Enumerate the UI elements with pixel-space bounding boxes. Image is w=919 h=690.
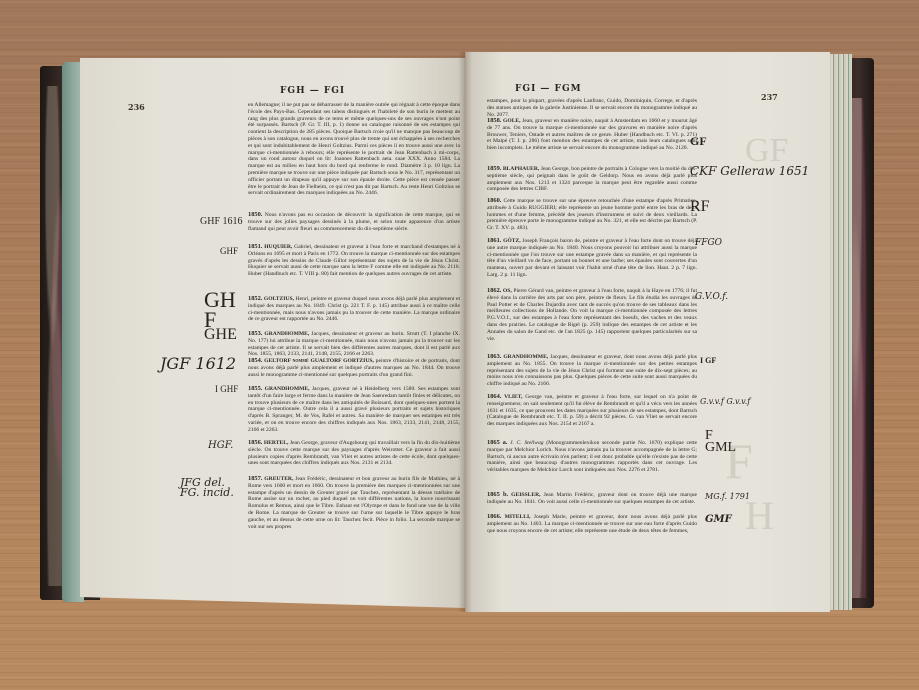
- entry-1855: 1855. GRANDHOMME, Jacques, graveur né à …: [248, 386, 460, 437]
- entry-1863: 1863. GRANDHOMME, Jacques, dessinateur e…: [487, 354, 697, 391]
- entry-1850: 1850. Nous n'avons pas eu occasion de dé…: [248, 212, 460, 235]
- book-gutter: [458, 52, 472, 612]
- entry-1856: 1856. HERTEL, Jean George, graveur d'Aug…: [248, 440, 460, 470]
- left-page: 236 FGH — FGI en Allemagne; il ne put pa…: [80, 58, 465, 608]
- entry-1865b: 1865 b. GEISSLER, Jean Martin Frédéric, …: [487, 492, 697, 509]
- monogram-1855: I GHF: [215, 384, 238, 394]
- entry-1851: 1851. HUQUIER, Gabriel, dessinateur et g…: [248, 244, 460, 281]
- running-head: FGH — FGI: [280, 86, 345, 96]
- entry-1853: 1853. GRANDHOMME, Jacques, dessinateur e…: [248, 331, 460, 361]
- intro-paragraph: en Allemagne; il ne put pas se débarrass…: [248, 102, 460, 197]
- monogram-1854: JGF 1612: [160, 354, 236, 373]
- monogram-1858: GF: [690, 134, 707, 149]
- monogram-1859: CKF Gelleraw 1651: [690, 164, 809, 178]
- entry-1859: 1859. BLAPHAUER, Jean George, bon peintr…: [487, 166, 697, 196]
- text-column: en Allemagne; il ne put pas se débarrass…: [248, 102, 460, 200]
- monogram-1865a: F GML: [705, 430, 735, 454]
- entry-1857: 1857. GREUTER, Jean Frédéric, dessinateu…: [248, 476, 460, 533]
- entry-1852: 1852. GOLTZIUS, Henri, peintre et graveu…: [248, 296, 460, 326]
- entry-1865a: 1865 a. J. C. Stellwag (Monogrammenlexik…: [487, 440, 697, 477]
- monogram-1862: G.V.O.f.: [695, 292, 728, 302]
- monogram-1865b: MG.f. 1791: [705, 492, 750, 501]
- monogram-1852: GH F: [204, 290, 244, 330]
- entry-1866: 1866. MITELLI, Joseph Marie, peintre et …: [487, 514, 697, 537]
- entry-1864: 1864. VLIET, George van, peintre et grav…: [487, 394, 697, 431]
- monogram-1850: GHF 1616: [200, 216, 243, 227]
- monogram-1860: RF: [690, 198, 710, 216]
- monogram-1857: JFG del. FG. incid.: [180, 478, 242, 498]
- monogram-1866: GMF: [705, 514, 732, 525]
- monogram-1863: I GF: [700, 356, 716, 365]
- monogram-1856: HGF.: [208, 440, 233, 451]
- right-page: FGI — FGM 237 estampes, pour la plupart,…: [465, 52, 830, 612]
- entry-1858: 1858. GOLE, Jean, graveur en manière noi…: [487, 118, 697, 155]
- monogram-1853: GHE: [204, 326, 237, 344]
- monogram-1864: G.v.v.f G.v.v.f: [700, 397, 750, 406]
- page-number: 237: [761, 92, 778, 102]
- entry-1862: 1862. OS, Pierre Gérard van, peintre et …: [487, 288, 697, 345]
- monogram-1851: GHF: [220, 246, 238, 256]
- running-head: FGI — FGM: [515, 84, 582, 94]
- monogram-1861: FFGO: [695, 238, 722, 248]
- entry-1861: 1861. GÖTZ, Joseph François baron de, pe…: [487, 238, 697, 282]
- entry-1860: 1860. Cette marque se trouve sur une épr…: [487, 198, 697, 235]
- entry-1854: 1854. GELTORF nommé GUALTORF GORTZIUS, p…: [248, 358, 460, 381]
- page-number: 236: [128, 102, 145, 112]
